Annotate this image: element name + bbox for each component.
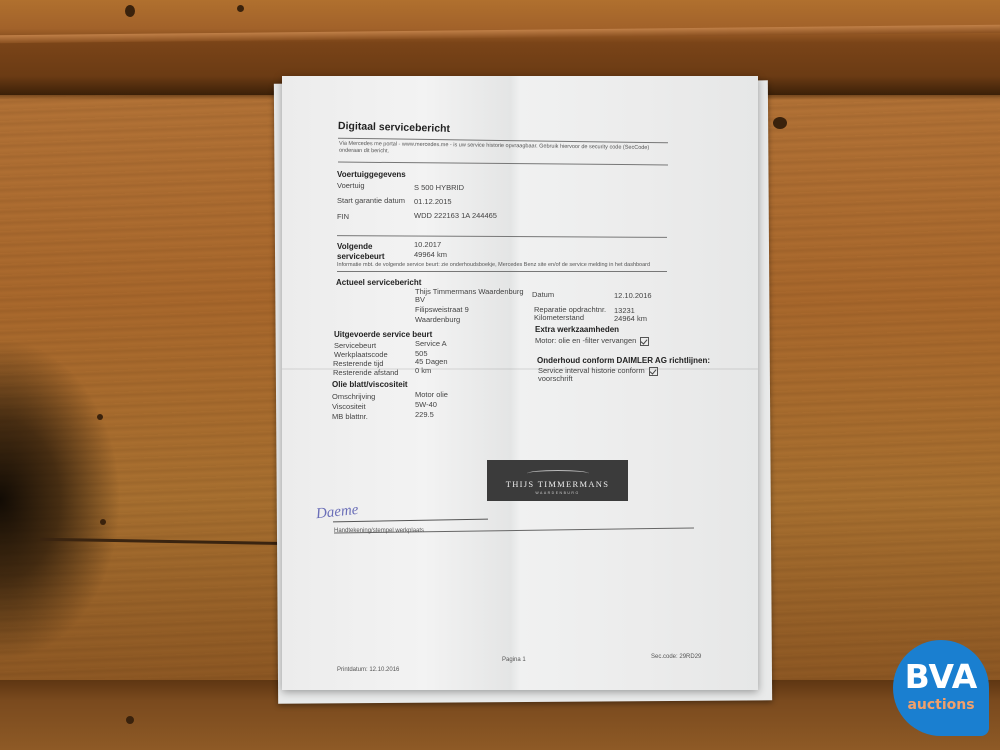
current-heading: Actueel servicebericht [336, 278, 421, 287]
divider [337, 271, 667, 272]
car-silhouette-icon [527, 470, 589, 477]
intro-text: Via Mercedes me portal - www.mercedes.me… [339, 141, 669, 160]
extra-item-label: Motor: olie en -filter vervangen [535, 336, 636, 345]
warranty-value: 01.12.2015 [414, 197, 452, 206]
dealer-name: Thijs Timmermans Waardenburg [415, 287, 524, 296]
divider [338, 162, 668, 166]
dealer-address: Filipsweistraat 9 [415, 305, 469, 314]
page-number: Pagina 1 [502, 657, 526, 663]
next-service-label-1: Volgende [337, 242, 372, 251]
performed-heading: Uitgevoerde service beurt [334, 330, 432, 339]
dealer-stamp-logo: THIJS TIMMERMANS WAARDENBURG [487, 460, 628, 501]
warranty-label: Start garantie datum [337, 196, 405, 205]
performed-value: 45 Dagen [415, 357, 448, 366]
oil-label: Viscositeit [332, 402, 366, 411]
oil-value: Motor olie [415, 390, 448, 399]
stamp-name: THIJS TIMMERMANS [487, 479, 628, 489]
km-label: Kilometerstand [534, 313, 584, 322]
vehicle-heading: Voertuiggegevens [337, 170, 406, 179]
performed-label: Resterende afstand [333, 368, 398, 377]
oil-value: 229.5 [415, 410, 434, 419]
vehicle-value: S 500 HYBRID [414, 183, 464, 192]
fin-value: WDD 222163 1A 244465 [414, 211, 497, 220]
oil-value: 5W-40 [415, 400, 437, 409]
performed-value: Service A [415, 339, 447, 348]
next-service-date: 10.2017 [414, 240, 441, 249]
oil-label: Omschrijving [332, 392, 375, 401]
dealer-city: Waardenburg [415, 315, 460, 324]
security-code: Sec.code: 29RD29 [651, 654, 701, 660]
date-label: Datum [532, 290, 554, 299]
daimler-item-line2: voorschrift [538, 374, 573, 383]
dealer-name-suffix: BV [415, 295, 425, 304]
extra-item: Motor: olie en -filter vervangen [535, 336, 649, 346]
checkbox-checked-icon [649, 367, 658, 376]
signature-scribble: Daeme [315, 502, 359, 523]
next-service-km: 49964 km [414, 250, 447, 259]
performed-label: Werkplaatscode [334, 350, 388, 359]
performed-value: 0 km [415, 366, 431, 375]
km-value: 24964 km [614, 314, 647, 323]
fin-label: FIN [337, 212, 349, 221]
bva-auctions-watermark: BVA auctions [893, 640, 989, 736]
bva-sub: auctions [893, 697, 989, 713]
date-value: 12.10.2016 [614, 291, 652, 300]
bva-brand: BVA [893, 657, 989, 696]
extra-heading: Extra werkzaamheden [535, 325, 619, 334]
next-service-info: Informatie mbt. de volgende service beur… [337, 262, 650, 268]
performed-label: Resterende tijd [333, 359, 383, 368]
next-service-label-2: servicebeurt [337, 252, 385, 261]
stamp-sub: WAARDENBURG [487, 491, 628, 495]
oil-label: MB blattnr. [332, 412, 368, 421]
vehicle-label: Voertuig [337, 181, 365, 190]
checkbox-checked-icon [640, 337, 649, 346]
service-document: Digitaal servicebericht Via Mercedes me … [0, 0, 1000, 750]
oil-heading: Olie blatt/viscositeit [332, 380, 408, 389]
signature-line [333, 519, 488, 523]
signature-label: Handtekening/stempel werkplaats [334, 528, 424, 534]
document-title: Digitaal servicebericht [338, 120, 450, 135]
print-date: Printdatum: 12.10.2016 [337, 667, 399, 673]
divider [337, 235, 667, 238]
performed-label: Servicebeurt [334, 341, 376, 350]
daimler-heading: Onderhoud conform DAIMLER AG richtlijnen… [537, 356, 710, 365]
